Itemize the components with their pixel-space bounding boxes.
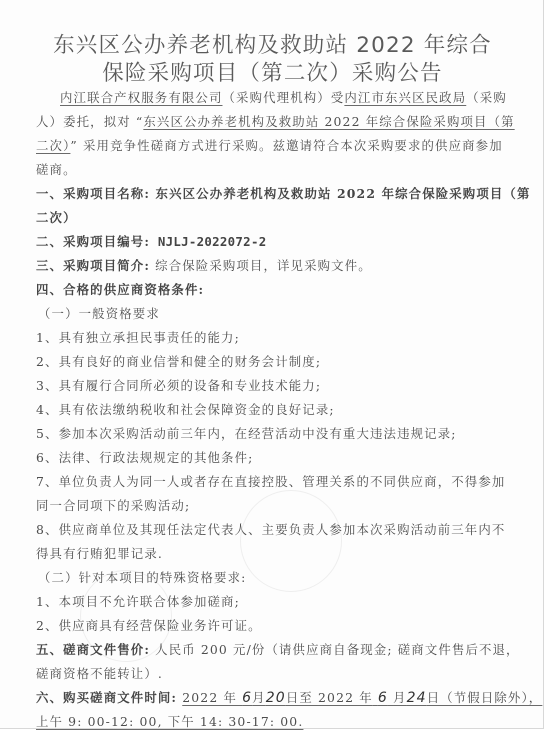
project-number: NJLJ-2022072-2 xyxy=(150,234,266,249)
intro-line-1: 内江联合产权服务有限公司（采购代理机构）受内江市东兴区民政局（采购 xyxy=(60,90,507,106)
general-requirements-heading: （一）一般资格要求 xyxy=(38,306,160,322)
purchase-hours: 上午 9: 00-12: 00, 下午 14: 30-17: 00. xyxy=(36,714,303,730)
general-item: 8、供应商单位及其现任法定代表人、主要负责人参加本次采购活动前三年内不 xyxy=(36,522,505,538)
general-item: 1、具有独立承担民事责任的能力; xyxy=(36,330,240,346)
section-2-label: 二、采购项目编号: xyxy=(36,234,150,249)
document-title-line-1: 东兴区公办养老机构及救助站 2022 年综合 xyxy=(0,28,545,59)
faint-seal-stamp xyxy=(240,490,342,592)
section-1-value: 东兴区公办养老机构及救助站 2022 年综合保险采购项目（第 xyxy=(150,186,530,201)
intro-rest: ” 采用竞争性磋商方式进行采购。兹邀请符合本次采购要求的供应商参加 xyxy=(70,138,502,153)
section-5: 五、磋商文件售价: 人民币 200 元/份（请供应商自备现金; 磋商文件售后不退… xyxy=(36,642,520,658)
general-item: 2、具有良好的商业信誉和健全的财务会计制度; xyxy=(36,354,321,370)
section-5-value: 人民币 200 元/份（请供应商自备现金; 磋商文件售后不退， xyxy=(150,642,520,657)
section-3: 三、采购项目简介: 综合保险采购项目，详见采购文件。 xyxy=(36,258,372,274)
month-label: 月 xyxy=(393,690,407,705)
purchaser-name: 内江市东兴区民政局 xyxy=(344,90,466,105)
section-1-value-cont: 二次） xyxy=(36,210,77,226)
general-item-cont: 得具有行贿犯罪记录. xyxy=(36,546,163,562)
start-month-handwritten: 6 xyxy=(242,690,252,706)
intro-text: 人）委托，拟对 “ xyxy=(36,114,143,129)
section-1: 一、采购项目名称: 东兴区公办养老机构及救助站 2022 年综合保险采购项目（第 xyxy=(36,186,531,202)
section-3-label: 三、采购项目简介: xyxy=(36,258,150,273)
section-1-label: 一、采购项目名称: xyxy=(36,186,150,201)
section-6-label: 六、购买磋商文件时间: xyxy=(36,690,177,705)
general-item: 6、法律、行政法规规定的其他条件; xyxy=(36,450,253,466)
section-6: 六、购买磋商文件时间: 2022 年 6月20日至 2022 年 6 月24日（… xyxy=(36,690,542,706)
section-5-label: 五、磋商文件售价: xyxy=(36,642,150,657)
general-item: 4、具有依法缴纳税收和社会保障资金的良好记录; xyxy=(36,402,335,418)
intro-line-3: 二次）” 采用竞争性磋商方式进行采购。兹邀请符合本次采购要求的供应商参加 xyxy=(36,138,503,154)
end-month-handwritten: 6 xyxy=(378,690,388,706)
general-item: 7、单位负责人为同一人或者存在直接控股、管理关系的不同供应商，不得参加 xyxy=(36,474,505,490)
section-2: 二、采购项目编号: NJLJ-2022072-2 xyxy=(36,234,266,250)
general-item: 3、具有履行合同所必须的设备和专业技术能力; xyxy=(36,378,321,394)
special-item: 2、供应商具有经营保险业务许可证。 xyxy=(36,618,262,634)
general-item-cont: 同一合同项下的采购活动; xyxy=(36,498,190,514)
agency-role: （采购代理机构）受 xyxy=(223,90,345,105)
start-year: 2022 年 xyxy=(182,690,237,705)
start-day-handwritten: 20 xyxy=(266,690,286,706)
section-3-value: 综合保险采购项目，详见采购文件。 xyxy=(150,258,372,273)
period-tail: 日（节假日除外）， xyxy=(427,690,543,705)
purchaser-role: （采购 xyxy=(466,90,507,105)
month-label: 月 xyxy=(252,690,266,705)
section-5-value-cont: 磋商资格不能转让）. xyxy=(36,666,163,682)
document-title-line-2: 保险采购项目（第二次）采购公告 xyxy=(0,56,545,87)
day-label: 日至 2022 年 xyxy=(286,690,373,705)
project-name-a: 东兴区公办养老机构及救助站 2022 年综合保险采购项目（第 xyxy=(143,114,514,129)
agency-name: 内江联合产权服务有限公司 xyxy=(60,90,223,105)
end-day-handwritten: 24 xyxy=(407,690,427,706)
section-4-label: 四、合格的供应商资格条件: xyxy=(36,282,204,298)
intro-line-4: 磋商。 xyxy=(36,162,77,178)
general-item: 5、参加本次采购活动前三年内，在经营活动中没有重大违法违规记录; xyxy=(36,426,457,442)
purchase-period: 2022 年 6月20日至 2022 年 6 月24日（节假日除外）， xyxy=(182,690,542,705)
document-page: 东兴区公办养老机构及救助站 2022 年综合 保险采购项目（第二次）采购公告 内… xyxy=(0,0,544,729)
intro-line-2: 人）委托，拟对 “东兴区公办养老机构及救助站 2022 年综合保险采购项目（第 xyxy=(36,114,515,130)
special-item: 1、本项目不允许联合体参加磋商; xyxy=(36,594,240,610)
project-name-b: 二次） xyxy=(36,138,70,153)
special-requirements-heading: （二）针对本项目的特殊资格要求: xyxy=(38,570,246,586)
